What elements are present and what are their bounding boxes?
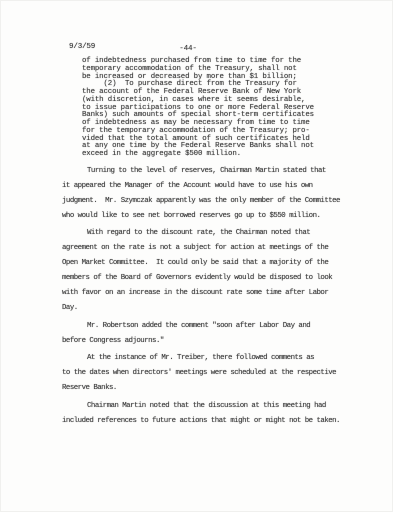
page-header: 9/3/59 -44-	[1, 43, 392, 55]
page-number: -44-	[179, 45, 196, 53]
paragraph-treiber-directors-meetings: At the instance of Mr. Treiber, there fo…	[62, 351, 362, 396]
paragraph-reserves: Turning to the level of reserves, Chairm…	[62, 164, 362, 224]
document-page: 9/3/59 -44- of indebtedness purchased fr…	[0, 0, 393, 512]
paragraph-robertson-comment: Mr. Robertson added the comment "soon af…	[62, 319, 362, 349]
document-body: of indebtedness purchased from time to t…	[62, 58, 362, 431]
paragraph-martin-closing-note: Chairman Martin noted that the discussio…	[62, 399, 362, 429]
paragraph-discount-rate: With regard to the discount rate, the Ch…	[62, 226, 362, 316]
excerpt-blockquote: of indebtedness purchased from time to t…	[82, 58, 362, 159]
document-date: 9/3/59	[69, 43, 95, 51]
